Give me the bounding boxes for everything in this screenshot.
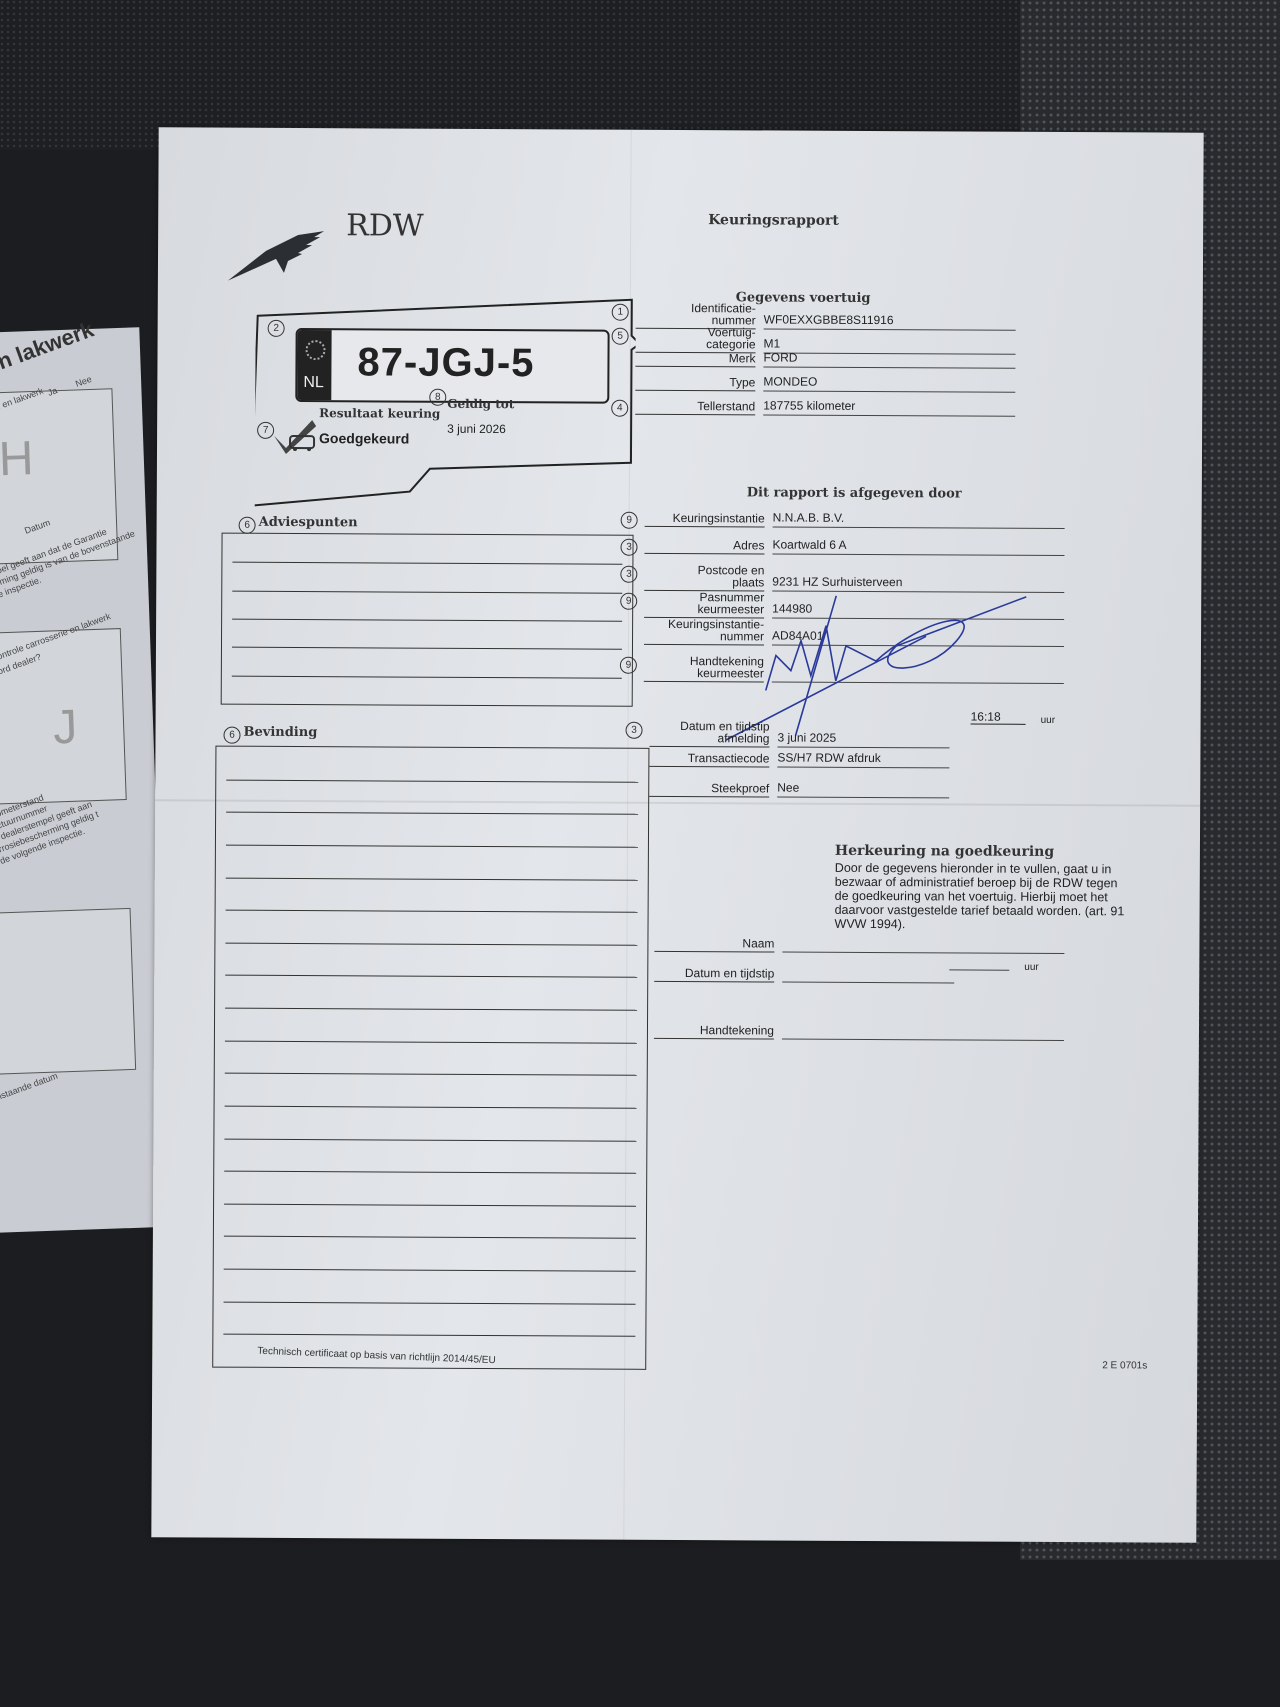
inspection-report: RDW Keuringsrapport 2 NL 87-JGJ-5 7 Resu… [151,127,1203,1542]
time-unit: uur [1041,715,1056,726]
result-value: Goedgekeurd [319,430,409,446]
marker-3: 3 [626,722,643,739]
write-line [224,1301,636,1304]
write-line [225,1106,637,1109]
issuer-section-title: Dit rapport is afgegeven door [747,485,962,501]
form-row: MerkFORD [635,350,1015,369]
marker-9: 9 [621,512,638,529]
field-label: Keuringsinstantie [645,512,765,528]
write-line [225,1073,637,1076]
marker-8: 8 [429,387,446,406]
rdw-logo-icon [226,223,336,284]
valid-until-label: Geldig tot [447,397,514,411]
background-checkbox-nee: Nee [74,374,93,389]
form-row: Naam [654,935,1064,954]
advice-title: Adviespunten [259,515,358,531]
plate-number: 87-JGJ-5 [357,340,534,386]
write-line [232,675,622,678]
marker-4: 4 [611,400,628,417]
write-line [225,975,637,978]
eu-stars-icon [305,340,325,360]
reinspection-time-unit: uur [1024,962,1039,973]
form-row: Handtekening [654,1022,1064,1041]
field-value[interactable] [782,936,1064,954]
field-label: Type [635,376,755,392]
form-row: 4Tellerstand187755 kilometer [635,398,1015,417]
write-line [225,1040,637,1043]
field-value: Nee [777,781,949,799]
reinspection-title: Herkeuring na goedkeuring [835,843,1054,860]
form-row: Datum en tijdstip [654,965,954,984]
reinspection-time-field[interactable] [949,969,1009,970]
field-label: Naam [654,937,774,953]
write-line [232,562,622,565]
field-value[interactable] [782,966,954,984]
field-label: Handtekening [654,1024,774,1040]
marker-2: 2 [268,318,285,337]
write-line [225,942,637,945]
registration-time: 16:18 [971,710,1026,725]
advice-box[interactable] [221,533,634,707]
field-value: MONDEO [763,374,1015,392]
background-box [0,908,136,1075]
form-row: 9KeuringsinstantieN.N.A.B. B.V. [645,510,1065,529]
write-line [226,877,638,880]
form-row: TransactiecodeSS/H7 RDW afdruk [649,750,949,769]
field-label: Tellerstand [635,400,755,416]
write-line [232,619,622,622]
valid-until-value: 3 juni 2026 [447,422,506,436]
write-line [232,590,622,593]
write-line [224,1269,636,1272]
background-text: nstaande datum [0,1071,59,1102]
field-value: 3 juni 2025 [777,731,949,749]
marker-6: 6 [223,725,240,744]
eu-band: NL [297,330,331,400]
field-label: Adres [644,539,764,555]
field-value[interactable] [782,1023,1064,1041]
field-label: Datum en tijdstip afmelding [649,720,769,748]
form-row: SteekproefNee [649,780,949,799]
write-line [223,1334,635,1337]
write-line [224,1171,636,1174]
form-row: TypeMONDEO [635,374,1015,393]
field-label: Datum en tijdstip [654,967,774,983]
marker-6: 6 [239,515,256,534]
form-row: 3AdresKoartwald 6 A [644,537,1064,556]
background-document: e en lakwerk H osserie en lakwerk Ja Nee… [0,327,171,1233]
write-line [226,812,638,815]
finding-box[interactable] [212,746,649,1370]
document-title: Keuringsrapport [708,212,839,229]
finding-title: Bevinding [243,725,317,740]
footer-code: 2 E 0701s [1102,1360,1147,1371]
field-value: Koartwald 6 A [772,537,1064,556]
field-value: SS/H7 RDW afdruk [777,751,949,769]
field-label: Steekproef [649,782,769,798]
background-letter-j: J [52,700,78,756]
write-line [224,1236,636,1239]
license-plate: NL 87-JGJ-5 [295,328,609,404]
field-value: N.N.A.B. B.V. [773,510,1065,529]
form-row: 3Datum en tijdstip afmelding3 juni 2025 [649,720,949,749]
write-line [224,1203,636,1206]
write-line [224,1138,636,1141]
car-check-icon [272,418,320,454]
reinspection-text: Door de gegevens hieronder in te vullen,… [835,861,1125,933]
plate-country: NL [303,374,324,392]
marker-5: 5 [612,328,629,345]
marker-1: 1 [612,304,629,321]
brand-name: RDW [346,208,424,243]
result-label: Resultaat keuring [319,406,440,421]
write-line [226,779,638,782]
field-label: Transactiecode [649,752,769,768]
field-value: 187755 kilometer [763,398,1015,416]
field-label: Merk [635,352,755,368]
write-line [226,910,638,913]
background-letter-h: H [0,431,34,487]
write-line [226,845,638,848]
field-value: FORD [763,350,1015,368]
write-line [225,1008,637,1011]
write-line [232,647,622,650]
